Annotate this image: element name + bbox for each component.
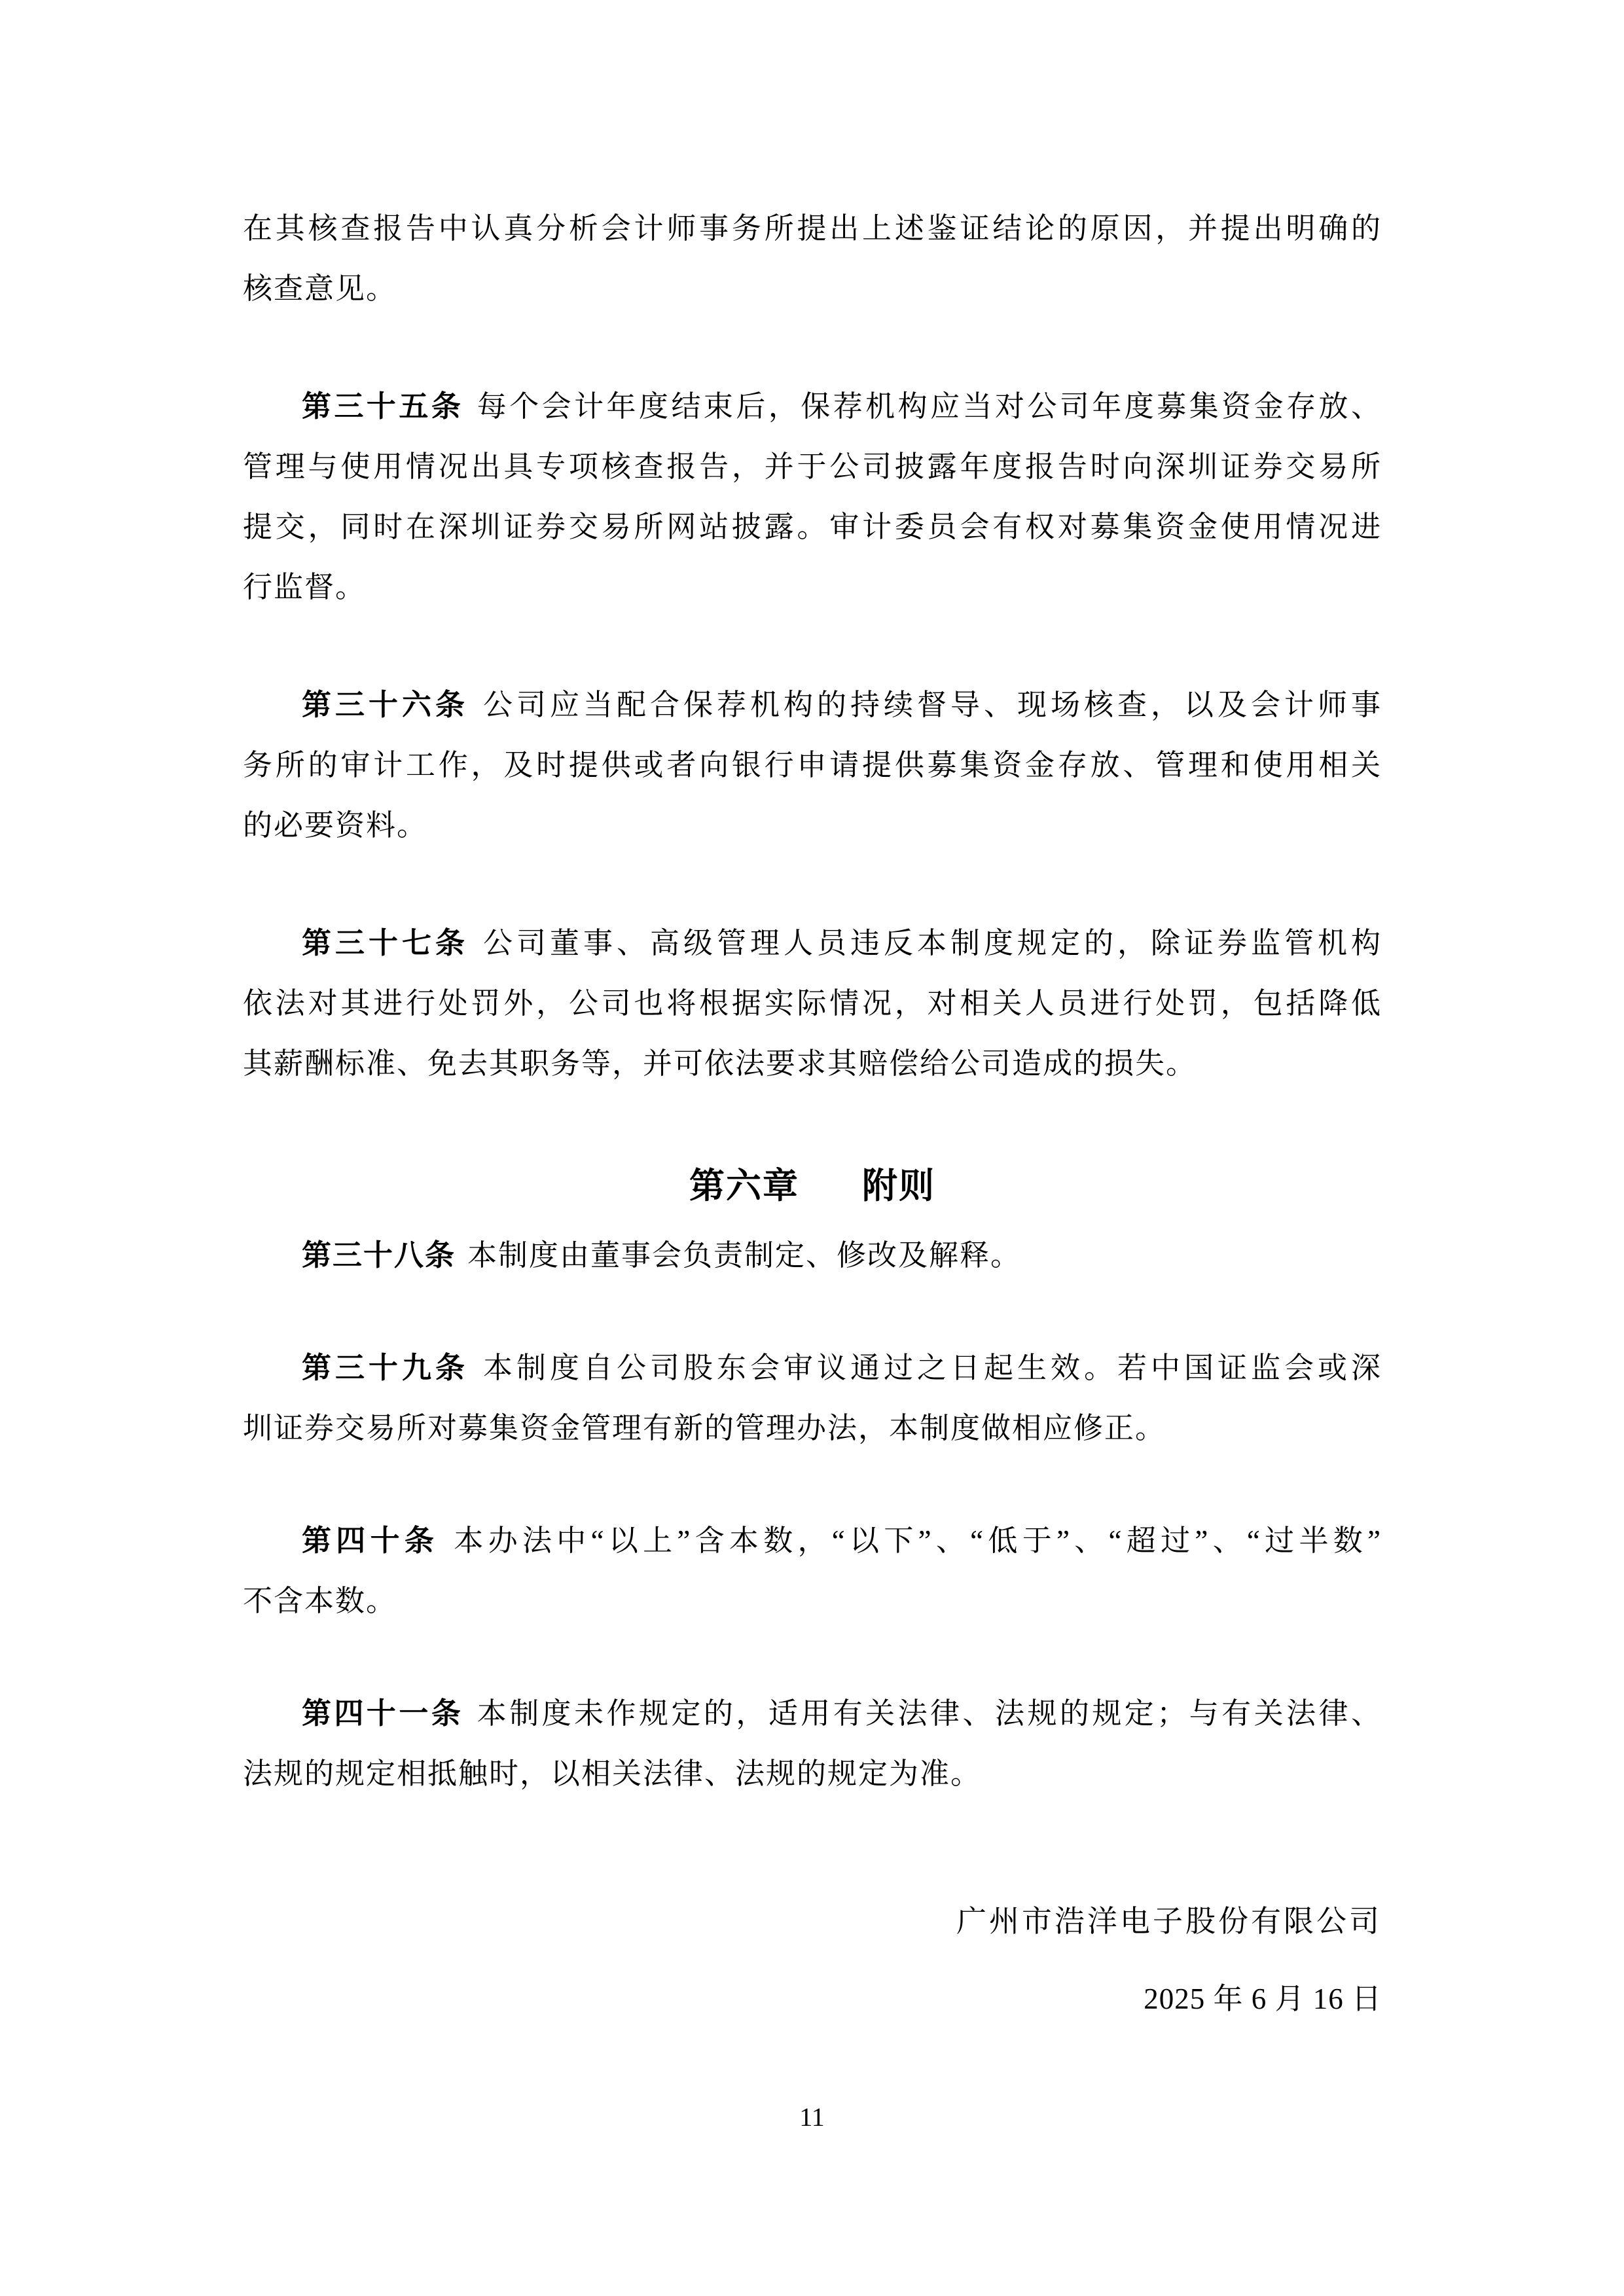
line-text: 务所的审计工作，及时提供或者向银行申请提供募集资金存放、管理和使用相关 xyxy=(243,749,1382,781)
article-number: 第四十一条 xyxy=(302,1697,463,1730)
text-line: 行监督。 xyxy=(243,557,1382,617)
paragraph: 第三十八条本制度由董事会负责制定、修改及解释。 xyxy=(243,1225,1382,1285)
article-number: 第三十七条 xyxy=(302,927,469,960)
chapter-heading: 第六章附则 xyxy=(243,1153,1382,1219)
text-line: 圳证券交易所对募集资金管理有新的管理办法，本制度做相应修正。 xyxy=(243,1398,1382,1458)
text-line: 第三十九条本制度自公司股东会审议通过之日起生效。若中国证监会或深 xyxy=(243,1338,1382,1398)
line-text: 不含本数。 xyxy=(243,1585,397,1617)
paragraph: 在其核查报告中认真分析会计师事务所提出上述鉴证结论的原因，并提出明确的核查意见。 xyxy=(243,198,1382,319)
line-text: 公司董事、高级管理人员违反本制度规定的，除证券监管机构 xyxy=(480,927,1382,960)
line-text: 其薪酬标准、免去其职务等，并可依法要求其赔偿给公司造成的损失。 xyxy=(243,1047,1197,1080)
paragraph: 第三十六条公司应当配合保荐机构的持续督导、现场核查，以及会计师事务所的审计工作，… xyxy=(243,675,1382,855)
line-text: 的必要资料。 xyxy=(243,809,427,842)
text-line: 法规的规定相抵触时，以相关法律、法规的规定为准。 xyxy=(243,1744,1382,1804)
paragraph: 第三十九条本制度自公司股东会审议通过之日起生效。若中国证监会或深圳证券交易所对募… xyxy=(243,1338,1382,1458)
line-text: 核查意见。 xyxy=(243,272,397,305)
body-text-upper: 在其核查报告中认真分析会计师事务所提出上述鉴证结论的原因，并提出明确的核查意见。… xyxy=(243,198,1382,1094)
line-text: 圳证券交易所对募集资金管理有新的管理办法，本制度做相应修正。 xyxy=(243,1412,1166,1444)
text-line: 第四十条本办法中“以上”含本数，“以下”、“低于”、“超过”、“过半数” xyxy=(243,1511,1382,1571)
paragraph: 第四十一条本制度未作规定的，适用有关法律、法规的规定；与有关法律、法规的规定相抵… xyxy=(243,1683,1382,1804)
article-number: 第三十八条 xyxy=(302,1239,456,1272)
line-text: 在其核查报告中认真分析会计师事务所提出上述鉴证结论的原因，并提出明确的 xyxy=(243,212,1382,245)
body-text-lower: 第三十八条本制度由董事会负责制定、修改及解释。第三十九条本制度自公司股东会审议通… xyxy=(243,1225,1382,1804)
text-line: 在其核查报告中认真分析会计师事务所提出上述鉴证结论的原因，并提出明确的 xyxy=(243,198,1382,259)
text-line: 提交，同时在深圳证券交易所网站披露。审计委员会有权对募集资金使用情况进 xyxy=(243,497,1382,557)
signature-block: 广州市浩洋电子股份有限公司 2025 年 6 月 16 日 xyxy=(243,1892,1382,2029)
article-number: 第四十条 xyxy=(302,1524,439,1557)
text-line: 不含本数。 xyxy=(243,1571,1382,1631)
line-text: 法规的规定相抵触时，以相关法律、法规的规定为准。 xyxy=(243,1757,981,1790)
page-number: 11 xyxy=(0,2102,1624,2132)
line-text: 本办法中“以上”含本数，“以下”、“低于”、“超过”、“过半数” xyxy=(450,1524,1382,1557)
article-number: 第三十六条 xyxy=(302,689,469,721)
text-line: 第三十七条公司董事、高级管理人员违反本制度规定的，除证券监管机构 xyxy=(243,913,1382,973)
text-line: 核查意见。 xyxy=(243,259,1382,319)
text-line: 管理与使用情况出具专项核查报告，并于公司披露年度报告时向深圳证券交易所 xyxy=(243,437,1382,497)
page-content: 在其核查报告中认真分析会计师事务所提出上述鉴证结论的原因，并提出明确的核查意见。… xyxy=(243,198,1382,2029)
line-text: 每个会计年度结束后，保荐机构应当对公司年度募集资金存放、 xyxy=(475,390,1382,423)
text-line: 第三十五条每个会计年度结束后，保荐机构应当对公司年度募集资金存放、 xyxy=(243,376,1382,437)
chapter-title: 附则 xyxy=(862,1166,935,1206)
text-line: 第三十八条本制度由董事会负责制定、修改及解释。 xyxy=(243,1225,1382,1285)
line-text: 提交，同时在深圳证券交易所网站披露。审计委员会有权对募集资金使用情况进 xyxy=(243,511,1382,543)
paragraph: 第三十五条每个会计年度结束后，保荐机构应当对公司年度募集资金存放、管理与使用情况… xyxy=(243,376,1382,617)
line-text: 公司应当配合保荐机构的持续督导、现场核查，以及会计师事 xyxy=(480,689,1382,721)
line-text: 本制度自公司股东会审议通过之日起生效。若中国证监会或深 xyxy=(480,1352,1382,1384)
article-number: 第三十五条 xyxy=(302,390,463,423)
signature-company: 广州市浩洋电子股份有限公司 xyxy=(243,1892,1382,1952)
article-number: 第三十九条 xyxy=(302,1352,469,1384)
signature-date: 2025 年 6 月 16 日 xyxy=(243,1969,1382,2029)
line-text: 依法对其进行处罚外，公司也将根据实际情况，对相关人员进行处罚，包括降低 xyxy=(243,987,1382,1020)
paragraph: 第三十七条公司董事、高级管理人员违反本制度规定的，除证券监管机构依法对其进行处罚… xyxy=(243,913,1382,1094)
line-text: 行监督。 xyxy=(243,571,366,603)
text-line: 的必要资料。 xyxy=(243,795,1382,855)
text-line: 第四十一条本制度未作规定的，适用有关法律、法规的规定；与有关法律、 xyxy=(243,1683,1382,1744)
document-page: 在其核查报告中认真分析会计师事务所提出上述鉴证结论的原因，并提出明确的核查意见。… xyxy=(0,0,1624,2296)
paragraph: 第四十条本办法中“以上”含本数，“以下”、“低于”、“超过”、“过半数”不含本数… xyxy=(243,1511,1382,1631)
text-line: 第三十六条公司应当配合保荐机构的持续督导、现场核查，以及会计师事 xyxy=(243,675,1382,735)
text-line: 其薪酬标准、免去其职务等，并可依法要求其赔偿给公司造成的损失。 xyxy=(243,1033,1382,1094)
line-text: 本制度由董事会负责制定、修改及解释。 xyxy=(467,1239,1021,1272)
text-line: 依法对其进行处罚外，公司也将根据实际情况，对相关人员进行处罚，包括降低 xyxy=(243,973,1382,1033)
chapter-number: 第六章 xyxy=(689,1166,799,1206)
text-line: 务所的审计工作，及时提供或者向银行申请提供募集资金存放、管理和使用相关 xyxy=(243,735,1382,795)
line-text: 管理与使用情况出具专项核查报告，并于公司披露年度报告时向深圳证券交易所 xyxy=(243,450,1382,483)
line-text: 本制度未作规定的，适用有关法律、法规的规定；与有关法律、 xyxy=(475,1697,1382,1730)
